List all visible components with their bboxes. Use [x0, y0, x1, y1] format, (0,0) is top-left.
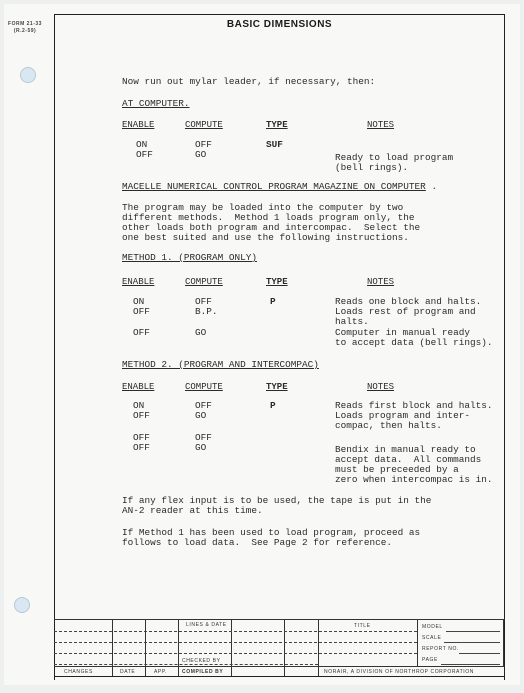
compiled-by-label: COMPILED BY [182, 669, 223, 675]
col-type: TYPE [266, 120, 288, 130]
row2-compute: GO [195, 150, 206, 160]
col-enable: ENABLE [122, 120, 154, 130]
date-label: DATE [120, 669, 135, 675]
scale-label: SCALE [422, 635, 441, 641]
col-notes: NOTES [367, 382, 394, 392]
company-name: NORAIR, A DIVISION OF NORTHROP CORPORATI… [324, 669, 474, 675]
row1-type: SUF [266, 140, 283, 150]
m2-row4-notes: Bendix in manual ready to accept data. A… [335, 445, 493, 485]
m2-row1-type: P [270, 401, 276, 411]
methods-paragraph: The program may be loaded into the compu… [122, 203, 420, 243]
m1-row3-notes: Computer in manual ready to accept data … [335, 328, 493, 348]
intro-text: Now run out mylar leader, if necessary, … [122, 77, 375, 87]
col-enable: ENABLE [122, 382, 154, 392]
changes-label: CHANGES [64, 669, 93, 675]
m1-row3-enable: OFF [133, 328, 150, 338]
magazine-heading: MACELLE NUMERICAL CONTROL PROGRAM MAGAZI… [122, 182, 437, 192]
col-compute: COMPUTE [185, 277, 223, 287]
title-block: LINES & DATE CHECKED BY CHANGES DATE APP… [54, 619, 505, 677]
m1-row2-compute: B.P. [195, 307, 218, 317]
col-type: TYPE [266, 277, 288, 287]
m1-row2-notes: Loads rest of program and halts. [335, 307, 476, 327]
title-label: TITLE [354, 623, 371, 629]
m2-row2-enable: OFF [133, 411, 150, 421]
punch-hole-top [20, 67, 36, 83]
m2-row2-notes: Loads program and inter- compac, then ha… [335, 411, 470, 431]
checked-by-label: CHECKED BY [182, 658, 221, 664]
app-label: APP. [154, 669, 167, 675]
m2-row4-compute: GO [195, 443, 206, 453]
m1-row3-compute: GO [195, 328, 206, 338]
model-label: MODEL [422, 624, 443, 630]
lines-date-label: LINES & DATE [186, 622, 227, 628]
m1-row2-enable: OFF [133, 307, 150, 317]
form-number: FORM 21-33 (R.2-59) [4, 21, 46, 35]
flex-input-paragraph: If any flex input is to be used, the tap… [122, 496, 431, 516]
scale-field[interactable] [444, 642, 500, 643]
col-compute: COMPUTE [185, 120, 223, 130]
report-no-label: REPORT NO. [422, 646, 459, 652]
punch-hole-bottom [14, 597, 30, 613]
col-compute: COMPUTE [185, 382, 223, 392]
m2-row4-enable: OFF [133, 443, 150, 453]
at-computer-heading: AT COMPUTER. [122, 99, 190, 109]
m1-row1-type: P [270, 297, 276, 307]
col-enable: ENABLE [122, 277, 154, 287]
method1-heading: METHOD 1. (PROGRAM ONLY) [122, 253, 257, 263]
method2-heading: METHOD 2. (PROGRAM AND INTERCOMPAC) [122, 360, 319, 370]
page-field[interactable] [441, 664, 500, 665]
row2-enable: OFF [136, 150, 153, 160]
report-no-field[interactable] [459, 653, 500, 654]
col-notes: NOTES [367, 120, 394, 130]
col-notes: NOTES [367, 277, 394, 287]
col-type: TYPE [266, 382, 288, 392]
m2-row2-compute: GO [195, 411, 206, 421]
closing-paragraph: If Method 1 has been used to load progra… [122, 528, 420, 548]
model-field[interactable] [446, 631, 500, 632]
document-title: BASIC DIMENSIONS [54, 19, 505, 30]
form-revision: (R.2-59) [4, 28, 46, 35]
form-number-line1: FORM 21-33 [4, 21, 46, 28]
page-label: PAGE [422, 657, 438, 663]
row2-notes: Ready to load program (bell rings). [335, 153, 453, 173]
